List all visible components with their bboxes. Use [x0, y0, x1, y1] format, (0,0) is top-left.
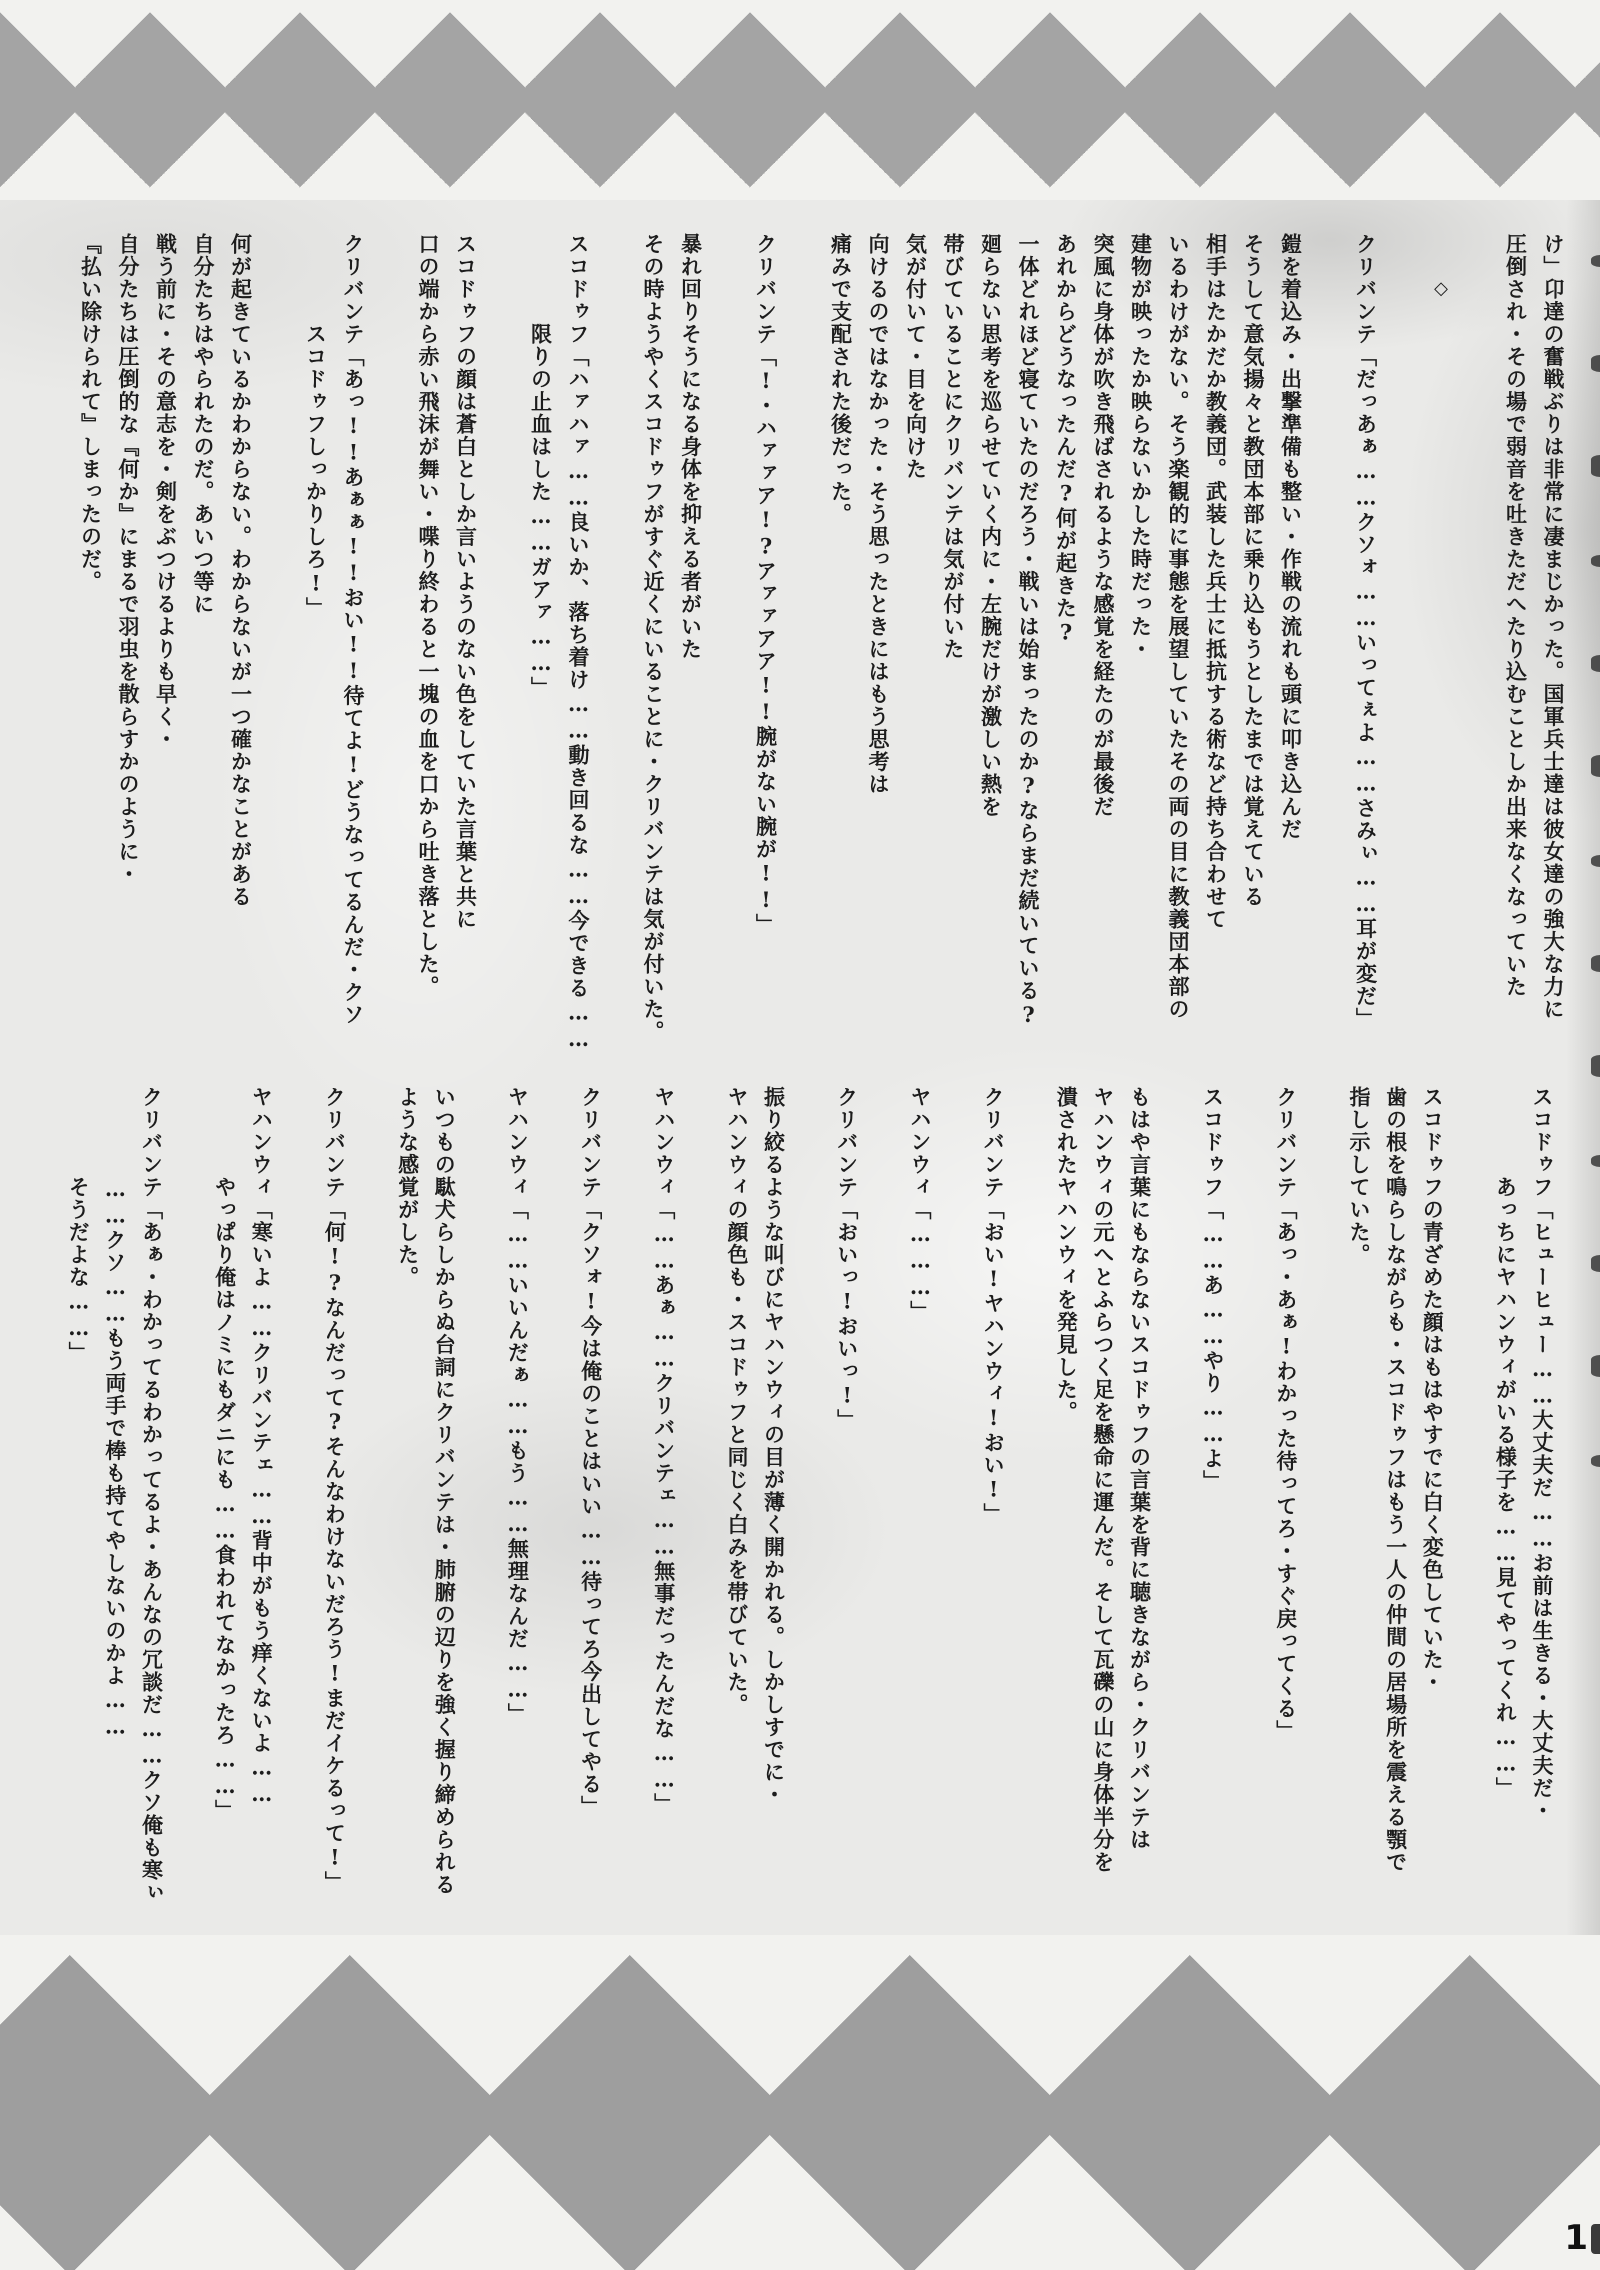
column-gap [785, 233, 823, 1075]
text-column: そうだよな……」 [60, 1086, 97, 1938]
text-column: 自分たちは圧倒的な『何か』にまるで羽虫を散らすかのように・ [110, 233, 148, 1075]
text-column: クリバンテ「あっ!!あぁぁ!!おい!!待てよ!どうなってるんだ・クソォ…… [335, 233, 373, 1075]
text-column: スコドゥフの青ざめた顔はもはやすでに白く変色していた・ [1414, 1086, 1451, 1938]
text-column: あれからどうなったんだ?何が起きた? [1047, 233, 1085, 1075]
text-column: スコドゥフ「ハァハァ……良いか、落ち着け……動き回るな……今できる…… [560, 233, 598, 1075]
text-column: 戦う前に・その意志を・剣をぶつけるよりも早く・ [147, 233, 185, 1075]
text-column: 口の端から赤い飛沫が舞い・喋り終わると一塊の血を口から吐き落とした。 [410, 233, 448, 1075]
column-gap [1460, 233, 1498, 1075]
text-column: 自分たちはやられたのだ。あいつ等に [185, 233, 223, 1075]
column-gap [682, 1086, 719, 1938]
binding-mark [1591, 355, 1600, 372]
page-number: 1 [1564, 2218, 1590, 2258]
text-column: そうして意気揚々と教団本部に乗り込もうとしたまでは覚えている [1235, 233, 1273, 1075]
text-column: クリバンテ「何!?なんだって?そんなわけないだろう!まだイケるって!」 [316, 1086, 353, 1938]
text-column: クリバンテ「おい!ヤハンウィ!おい!」 [975, 1086, 1012, 1938]
text-column: 痛みで支配された後だった。 [822, 233, 860, 1075]
binding-mark [1591, 855, 1600, 867]
binding-mark [1591, 455, 1600, 477]
text-column: いつもの駄犬らしからぬ台詞にクリバンテは・肺腑の辺りを強く握り締められる [426, 1086, 463, 1938]
text-column: スコドゥフ「ヒューヒュー……大丈夫だ……お前は生きる・大丈夫だ・ [1523, 1086, 1560, 1938]
text-column: ヤハンウィ「寒いよ……クリバンテェ……背中がもう痒くないよ…… [243, 1086, 280, 1938]
column-gap [535, 1086, 572, 1938]
text-column: スコドゥフ「……あ……やり……よ」 [1194, 1086, 1231, 1938]
text-column: 向けるのではなかった・そう思ったときにはもう思考は [860, 233, 898, 1075]
text-column: 暴れ回りそうになる身体を抑える者がいた [672, 233, 710, 1075]
column-gap [1157, 1086, 1194, 1938]
column-gap [169, 1086, 206, 1938]
column-gap [597, 233, 635, 1075]
text-column: あっちにヤハンウィがいる様子を……見てやってくれ……」 [1487, 1086, 1524, 1938]
text-column: ヤハンウィ「……あぁ……クリバンテェ……無事だったんだな……」 [645, 1086, 682, 1938]
column-gap [352, 1086, 389, 1938]
text-column: 気が付いて・目を向けた [897, 233, 935, 1075]
section-divider-diamond: ◇ [1422, 233, 1460, 1075]
text-column: もはや言葉にもならないスコドゥフの言葉を背に聴きながら・クリバンテは [1121, 1086, 1158, 1938]
text-column: クリバンテ「あぁ・わかってるわかってるよ・あんなの冗談だ……クソ俺も寒ぃ [133, 1086, 170, 1938]
scanned-novel-page: け」卬達の奮戦ぶりは非常に凄まじかった。国軍兵士達は彼女達の強大な力に圧倒され・… [0, 0, 1600, 2270]
column-gap [1231, 1086, 1268, 1938]
text-column: ……クソ……もう両手で棒も持てやしないのかよ…… [96, 1086, 133, 1938]
text-column: 潰されたヤハンウィを発見した。 [1048, 1086, 1085, 1938]
column-gap [865, 1086, 902, 1938]
page-number-clipped-digit [1591, 2224, 1600, 2254]
text-column: 限りの止血はした……ガアァ……」 [522, 233, 560, 1075]
column-gap [792, 1086, 829, 1938]
text-column: やっぱり俺はノミにもダニにも……食われてなかったろ……」 [206, 1086, 243, 1938]
text-column: け」卬達の奮戦ぶりは非常に凄まじかった。国軍兵士達は彼女達の強大な力に [1535, 233, 1573, 1075]
text-column: ヤハンウィ「……いいんだぁ……もう……無理なんだ……」 [499, 1086, 536, 1938]
binding-mark [1591, 1055, 1600, 1077]
text-column: スコドゥフの顔は蒼白としか言いようのない色をしていた言葉と共に [447, 233, 485, 1075]
binding-mark [1591, 1155, 1600, 1167]
column-gap [260, 233, 298, 1075]
column-gap [462, 1086, 499, 1938]
text-column: 建物が映ったか映らないかした時だった・ [1122, 233, 1160, 1075]
column-gap [279, 1086, 316, 1938]
text-column: 指し示していた。 [1340, 1086, 1377, 1938]
text-column: いるわけがない。そう楽観的に事態を展望していたその両の目に教義団本部の [1160, 233, 1198, 1075]
text-column: 一体どれほど寝ていたのだろう・戦いは始まったのか?ならまだ続いている? [1010, 233, 1048, 1075]
binding-mark [1591, 1255, 1600, 1272]
text-column: 振り絞るような叫びにヤハンウィの目が薄く開かれる。しかしすでに・ [755, 1086, 792, 1938]
text-column: スコドゥフしっかりしろ!」 [297, 233, 335, 1075]
text-column: 圧倒され・その場で弱音を吐きただへたり込むことしか出来なくなっていた [1497, 233, 1535, 1075]
text-column: クリバンテ「おいっ!おいっ!」 [828, 1086, 865, 1938]
column-gap [710, 233, 748, 1075]
text-column: クリバンテ「!・ハァァア!?アァァアア!!腕がない腕が!!」 [747, 233, 785, 1075]
text-column: クリバンテ「だっあぁ……クソォ……いってぇよ……さみぃ……耳が変だ」 [1347, 233, 1385, 1075]
column-gap [1310, 233, 1348, 1075]
text-column: ヤハンウィの顔色も・スコドゥフと同じく白みを帯びていた。 [718, 1086, 755, 1938]
text-column: 廻らない思考を巡らせていく内に・左腕だけが激しい熱を [972, 233, 1010, 1075]
binding-mark [1591, 255, 1600, 267]
column-gap [1011, 1086, 1048, 1938]
text-column: 鎧を着込み・出撃準備も整い・作戦の流れも頭に叩き込んだ [1272, 233, 1310, 1075]
text-column: クリバンテ「あっ・あぁ!わかった待ってろ・すぐ戻ってくる」 [1267, 1086, 1304, 1938]
text-tier-lower: スコドゥフ「ヒューヒュー……大丈夫だ……お前は生きる・大丈夫だ・あっちにヤハンウ… [60, 1086, 1560, 1938]
text-column: 帯びていることにクリバンテは気が付いた [935, 233, 973, 1075]
binding-mark [1591, 755, 1600, 777]
text-column: ヤハンウィの元へとふらつく足を懸命に運んだ。そして瓦礫の山に身体半分を [1084, 1086, 1121, 1938]
column-gap [372, 233, 410, 1075]
text-column: ヤハンウィ「………」 [901, 1086, 938, 1938]
text-column: 相手はたかだか教義団。武装した兵士に抵抗する術など持ち合わせて [1197, 233, 1235, 1075]
text-column: 歯の根を鳴らしながらも・スコドゥフはもう一人の仲間の居場所を震える顎で [1377, 1086, 1414, 1938]
binding-mark [1591, 1355, 1600, 1377]
text-column: 何が起きているかわからない。わからないが一つ確かなことがある [222, 233, 260, 1075]
binding-mark [1591, 655, 1600, 672]
binding-mark [1591, 1455, 1600, 1467]
binding-mark [1591, 955, 1600, 972]
column-gap [1385, 233, 1423, 1075]
column-gap [1450, 1086, 1487, 1938]
diamond-pattern-band-top [0, 0, 1600, 200]
column-gap [485, 233, 523, 1075]
column-gap [938, 1086, 975, 1938]
text-tier-upper: け」卬達の奮戦ぶりは非常に凄まじかった。国軍兵士達は彼女達の強大な力に圧倒され・… [72, 233, 1572, 1075]
text-column: ような感覚がした。 [389, 1086, 426, 1938]
column-gap [1304, 1086, 1341, 1938]
text-column: クリバンテ「クソォ!今は俺のことはいい……待ってろ今出してやる」 [572, 1086, 609, 1938]
column-gap [609, 1086, 646, 1938]
binding-mark [1591, 555, 1600, 567]
text-column: 突風に身体が吹き飛ばされるような感覚を経たのが最後だ [1085, 233, 1123, 1075]
text-column: 『払い除けられて』しまったのだ。 [72, 233, 110, 1075]
diamond-pattern-band-bottom [0, 1935, 1600, 2270]
text-column: その時ようやくスコドゥフがすぐ近くにいることに・クリバンテは気が付いた。 [635, 233, 673, 1075]
